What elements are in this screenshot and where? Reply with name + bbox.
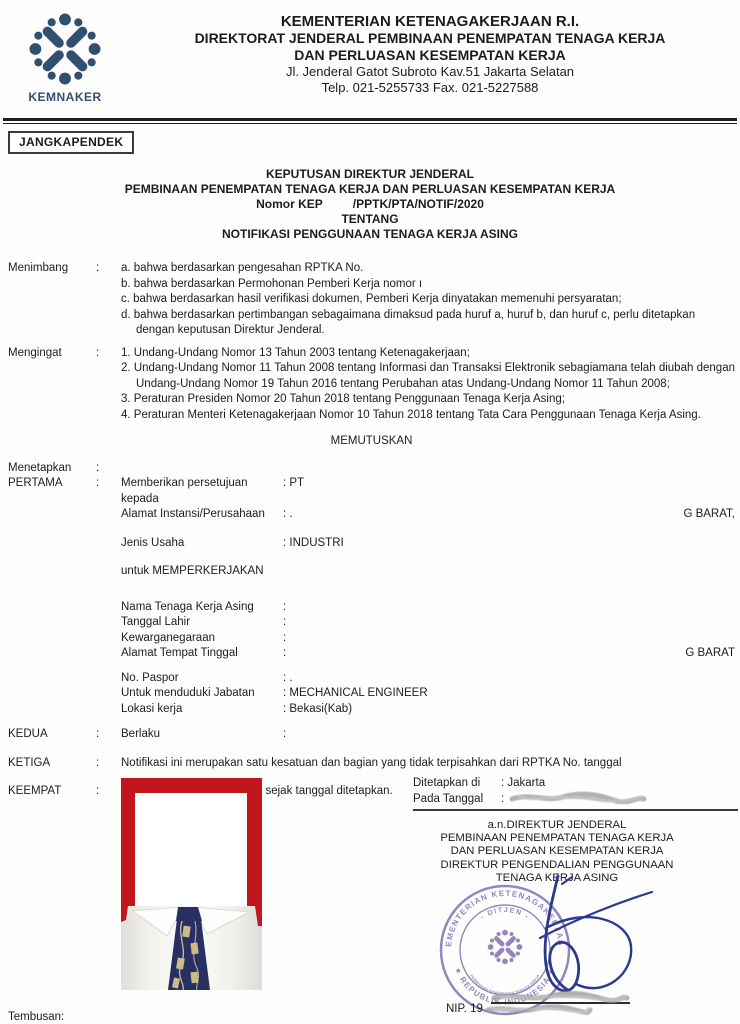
pertama-label: PERTAMA (8, 476, 96, 717)
name-scribble-strokes (491, 991, 630, 1003)
field-value: : (283, 646, 286, 662)
signature-scribble (518, 866, 658, 1008)
section-pertama: PERTAMA : Memberikan persetujuan kepada … (8, 476, 735, 717)
title-line1: KEPUTUSAN DIREKTUR JENDERAL (0, 167, 740, 182)
menimbang-item: a. bahwa berdasarkan pengesahan RPTKA No… (121, 261, 735, 277)
field-row: Untuk menduduki Jabatan : MECHANICAL ENG… (121, 686, 735, 702)
title-nomor-line: Nomor KEP/PPTK/PTA/NOTIF/2020 (0, 197, 740, 212)
nip-line: NIP. 19 (446, 1003, 593, 1015)
jangka-pendek-badge: JANGKAPENDEK (8, 131, 134, 154)
closing-divider (413, 809, 738, 811)
field-row: Nama Tenaga Kerja Asing : (121, 600, 735, 616)
menimbang-colon: : (96, 261, 121, 339)
menetapkan-label: Menetapkan (8, 461, 96, 477)
mengingat-label: Mengingat (8, 346, 96, 424)
section-menetapkan: Menetapkan : (8, 461, 735, 477)
field-row: Alamat Tempat Tinggal : G BARAT (121, 646, 735, 662)
kedua-colon2: : (283, 727, 286, 743)
logo-wordmark: KEMNAKER (22, 90, 108, 104)
signer-line: PEMBINAAN PENEMPATAN TENAGA KERJA (372, 832, 740, 845)
field-label: Tanggal Lahir (121, 615, 283, 631)
kedua-text: Berlaku (121, 727, 283, 743)
directorate-line2: DAN PERLUASAN KESEMPATAN KERJA (120, 47, 740, 64)
keempat-colon: : (96, 784, 121, 800)
field-label: Untuk menduduki Jabatan (121, 686, 283, 702)
signer-line: a.n.DIREKTUR JENDERAL (372, 819, 740, 832)
worker-photo (121, 778, 262, 990)
section-kedua: KEDUA : Berlaku : (8, 727, 735, 743)
section-mengingat: Mengingat : 1. Undang-Undang Nomor 13 Ta… (8, 346, 735, 424)
field-value: : (283, 615, 286, 631)
keempat-label: KEEMPAT (8, 784, 96, 800)
kemnaker-logo-icon (28, 12, 102, 86)
title-tentang: TENTANG (0, 212, 740, 227)
signer-line: DAN PERLUASAN KESEMPATAN KERJA (372, 845, 740, 858)
field-row: Tanggal Lahir : (121, 615, 735, 631)
letterhead-divider (3, 118, 737, 124)
shirt-and-tie-image (121, 906, 262, 990)
field-label: Lokasi kerja (121, 702, 283, 718)
field-value: : PT (283, 476, 304, 507)
menimbang-item: b. bahwa berdasarkan Permohonan Pemberi … (121, 277, 735, 293)
field-row: Lokasi kerja : Bekasi(Kab) (121, 702, 735, 718)
pada-tanggal-colon: : (501, 791, 504, 807)
field-row: No. Paspor : . (121, 671, 735, 687)
field-value-right: G BARAT, (683, 507, 735, 523)
field-value: : INDUSTRI (283, 536, 344, 552)
mengingat-item: 1. Undang-Undang Nomor 13 Tahun 2003 ten… (121, 346, 735, 362)
closing-block: Ditetapkan di : Jakarta Pada Tanggal : (413, 775, 738, 811)
ditetapkan-value: : Jakarta (501, 775, 545, 791)
ketiga-text: Notifikasi ini merupakan satu kesatuan d… (121, 756, 735, 772)
nomor-suffix: /PPTK/PTA/NOTIF/2020 (353, 197, 484, 211)
directorate-line1: DIREKTORAT JENDERAL PEMBINAAN PENEMPATAN… (120, 30, 740, 47)
pada-tanggal-label: Pada Tanggal (413, 791, 501, 807)
mengingat-colon: : (96, 346, 121, 424)
field-row: Memberikan persetujuan kepada : PT (121, 476, 735, 507)
ketiga-label: KETIGA (8, 756, 96, 772)
photo-shirt (121, 906, 262, 990)
kedua-label: KEDUA (8, 727, 96, 743)
title-subject: NOTIFIKASI PENGGUNAAN TENAGA KERJA ASING (0, 227, 740, 242)
document-page: KEMNAKER KEMENTERIAN KETENAGAKERJAAN R.I… (0, 0, 740, 1024)
menimbang-item: c. bahwa berdasarkan hasil verifikasi do… (121, 292, 735, 308)
field-label: Kewarganegaraan (121, 631, 283, 647)
nomor-prefix: Nomor KEP (256, 197, 323, 211)
pertama-colon: : (96, 476, 121, 717)
signer-name-redaction (491, 990, 630, 1004)
letterhead-contact: Telp. 021-5255733 Fax. 021-5227588 (120, 80, 740, 96)
field-label: Memberikan persetujuan kepada (121, 476, 283, 507)
field-label: Nama Tenaga Kerja Asing (121, 600, 283, 616)
section-menimbang: Menimbang : a. bahwa berdasarkan pengesa… (8, 261, 735, 339)
ditetapkan-label: Ditetapkan di (413, 775, 501, 791)
field-value: : . (283, 507, 293, 523)
nip-prefix: NIP. 19 (446, 1003, 483, 1015)
field-label: Alamat Tempat Tinggal (121, 646, 283, 662)
field-label: No. Paspor (121, 671, 283, 687)
field-row: Alamat Instansi/Perusahaan : . G BARAT, (121, 507, 735, 523)
ketiga-colon: : (96, 756, 121, 772)
field-label: Alamat Instansi/Perusahaan (121, 507, 283, 523)
field-value: : MECHANICAL ENGINEER (283, 686, 428, 702)
menimbang-item: d. bahwa berdasarkan pertimbangan sebaga… (121, 308, 735, 339)
mengingat-item: 3. Peraturan Presiden Nomor 20 Tahun 201… (121, 392, 735, 408)
title-line2: PEMBINAAN PENEMPATAN TENAGA KERJA DAN PE… (0, 182, 740, 197)
menimbang-label: Menimbang (8, 261, 96, 339)
field-value: : (283, 631, 286, 647)
field-value-right: G BARAT (685, 646, 735, 662)
kemnaker-logo: KEMNAKER (22, 12, 108, 104)
letterhead-address: Jl. Jenderal Gatot Subroto Kav.51 Jakart… (120, 64, 740, 80)
untuk-line: untuk MEMPERKERJAKAN (121, 564, 735, 580)
photo-face-redaction (135, 793, 247, 909)
field-row: Kewarganegaraan : (121, 631, 735, 647)
kedua-colon: : (96, 727, 121, 743)
letterhead: KEMNAKER KEMENTERIAN KETENAGAKERJAAN R.I… (0, 0, 740, 96)
mengingat-item: 2. Undang-Undang Nomor 11 Tahun 2008 ten… (121, 361, 735, 392)
field-value: : Bekasi(Kab) (283, 702, 352, 718)
menetapkan-colon: : (96, 461, 121, 477)
field-value: : (283, 600, 286, 616)
memutuskan-heading: MEMUTUSKAN (8, 434, 735, 450)
decree-title: KEPUTUSAN DIREKTUR JENDERAL PEMBINAAN PE… (0, 167, 740, 242)
ministry-name: KEMENTERIAN KETENAGAKERJAAN R.I. (120, 13, 740, 30)
field-value: : . (283, 671, 293, 687)
section-ketiga: KETIGA : Notifikasi ini merupakan satu k… (8, 756, 735, 772)
mengingat-item: 4. Peraturan Menteri Ketenagakerjaan Nom… (121, 408, 735, 424)
field-label: Jenis Usaha (121, 536, 283, 552)
date-redaction-scribble (508, 791, 648, 804)
nip-redaction-scribble (485, 1004, 593, 1015)
field-row: Jenis Usaha : INDUSTRI (121, 536, 735, 552)
tembusan-label: Tembusan: (8, 1011, 64, 1023)
